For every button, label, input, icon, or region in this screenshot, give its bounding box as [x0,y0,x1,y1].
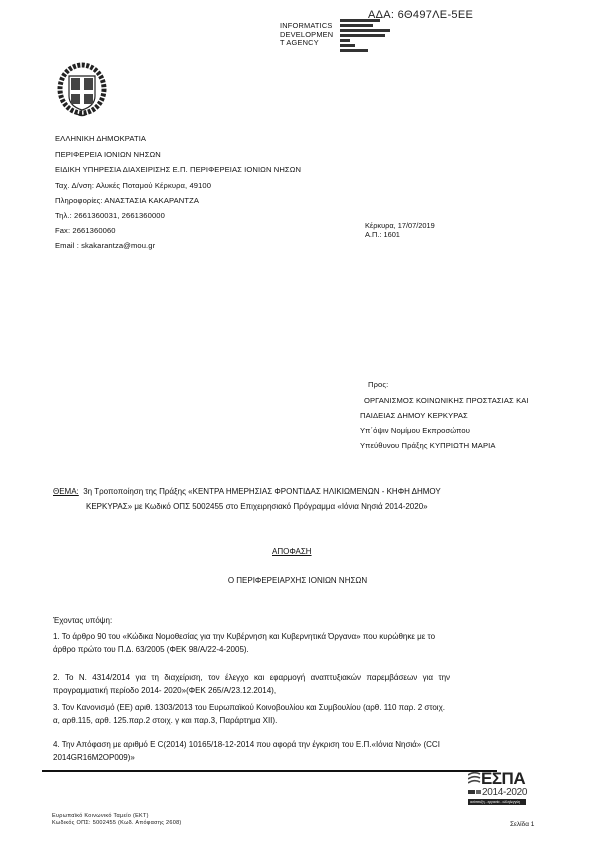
consideration-item-1-line-2: άρθρο πρώτο του Π.Δ. 63/2005 (ΦΕΚ 98/Α/2… [53,645,249,655]
decision-issuer: Ο ΠΕΡΙΦΕΡΕΙΑΡΧΗΣ ΙΟΝΙΩΝ ΝΗΣΩΝ [0,576,595,585]
consideration-item-3-line-1: 3. Τον Κανονισμό (ΕΕ) αριθ. 1303/2013 το… [53,703,445,713]
protocol-number: Α.Π.: 1601 [365,230,400,239]
consideration-item-1-line-1: 1. Το άρθρο 90 του «Κώδικα Νομοθεσίας γι… [53,632,435,642]
consideration-item-4-line-1: 4. Την Απόφαση με αριθμό Ε C(2014) 10165… [53,740,440,750]
sender-phone: Τηλ.: 2661360031, 2661360000 [55,211,165,220]
page-number: Σελίδα 1 [510,821,534,828]
espa-title: ΕΣΠΑ [481,769,525,789]
recipient-line: Υπεύθυνου Πράξης ΚΥΠΡΙΩΤΗ ΜΑΡΙΑ [360,441,496,450]
signer-agency-line: T AGENCY [280,39,333,48]
sender-contact-person: Πληροφορίες: ΑΝΑΣΤΑΣΙΑ ΚΑΚΑΡΑΝΤΖΑ [55,196,199,205]
sender-country: ΕΛΛΗΝΙΚΗ ΔΗΜΟΚΡΑΤΙΑ [55,134,146,143]
subject-line-2: ΚΕΡΚΥΡΑΣ» με Κωδικό ΟΠΣ 5002455 στο Επιχ… [86,502,428,511]
subject-text: 3η Τροποποίηση της Πράξης «ΚΕΝΤΡΑ ΗΜΕΡΗΣ… [83,487,440,496]
subject-label: ΘΕΜΑ: [53,487,79,496]
consideration-item-3-line-2: α, αρθ.115, αρθ. 125.παρ.2 στοιχ. γ και … [53,716,277,726]
footer-fund: Ευρωπαϊκό Κοινωνικό Ταμείο (ΕΚΤ) [52,813,149,820]
subject-line-1: ΘΕΜΑ: 3η Τροποποίηση της Πράξης «ΚΕΝΤΡΑ … [53,487,441,496]
recipient-line: ΠΑΙΔΕΙΑΣ ΔΗΜΟΥ ΚΕΡΚΥΡΑΣ [360,411,468,420]
consideration-item-2-line-2: προγραμματική περίοδο 2014- 2020»(ΦΕΚ 26… [53,686,276,696]
consideration-item-4-line-2: 2014GR16M2OP009)» [53,753,135,763]
considerations-intro: Έχοντας υπόψη: [53,616,112,626]
recipient-line: Υπ΄όψιν Νομίμου Εκπροσώπου [360,426,470,435]
espa-logo: ΕΣΠΑ 2014-2020 ανάπτυξη - εργασία - αλλη… [468,770,526,810]
sender-email[interactable]: Email : skakarantza@mou.gr [55,241,155,250]
sender-region: ΠΕΡΙΦΕΡΕΙΑ ΙΟΝΙΩΝ ΝΗΣΩΝ [55,150,161,159]
decision-title: ΑΠΟΦΑΣΗ [272,547,312,556]
sender-address: Ταχ. Δ/νση: Αλυκές Ποταμού Κέρκυρα, 4910… [55,181,211,190]
footer-divider [42,770,497,772]
footer-code: Κωδικός ΟΠΣ: 5002455 (Κωδ. Απόφασης 2608… [52,820,182,827]
document-date: Κέρκυρα, 17/07/2019 [365,221,435,230]
recipient-line: ΟΡΓΑΝΙΣΜΟΣ ΚΟΙΝΩΝΙΚΗΣ ΠΡΟΣΤΑΣΙΑΣ ΚΑΙ [364,396,529,405]
sender-service: ΕΙΔΙΚΗ ΥΠΗΡΕΣΙΑ ΔΙΑΧΕΙΡΙΣΗΣ Ε.Π. ΠΕΡΙΦΕΡ… [55,165,301,174]
greek-coat-of-arms-icon [57,62,107,118]
espa-tagline: ανάπτυξη - εργασία - αλληλεγγύη [470,800,520,804]
recipient-label: Προς: [368,380,388,389]
sender-fax: Fax: 2661360060 [55,226,116,235]
signer-agency-name: INFORMATICS DEVELOPMEN T AGENCY [280,22,333,48]
consideration-item-2-line-1: 2. Το Ν. 4314/2014 για τη διαχείριση, το… [53,673,450,683]
digital-signature-microtext [340,19,390,54]
espa-years: 2014-2020 [482,787,527,798]
